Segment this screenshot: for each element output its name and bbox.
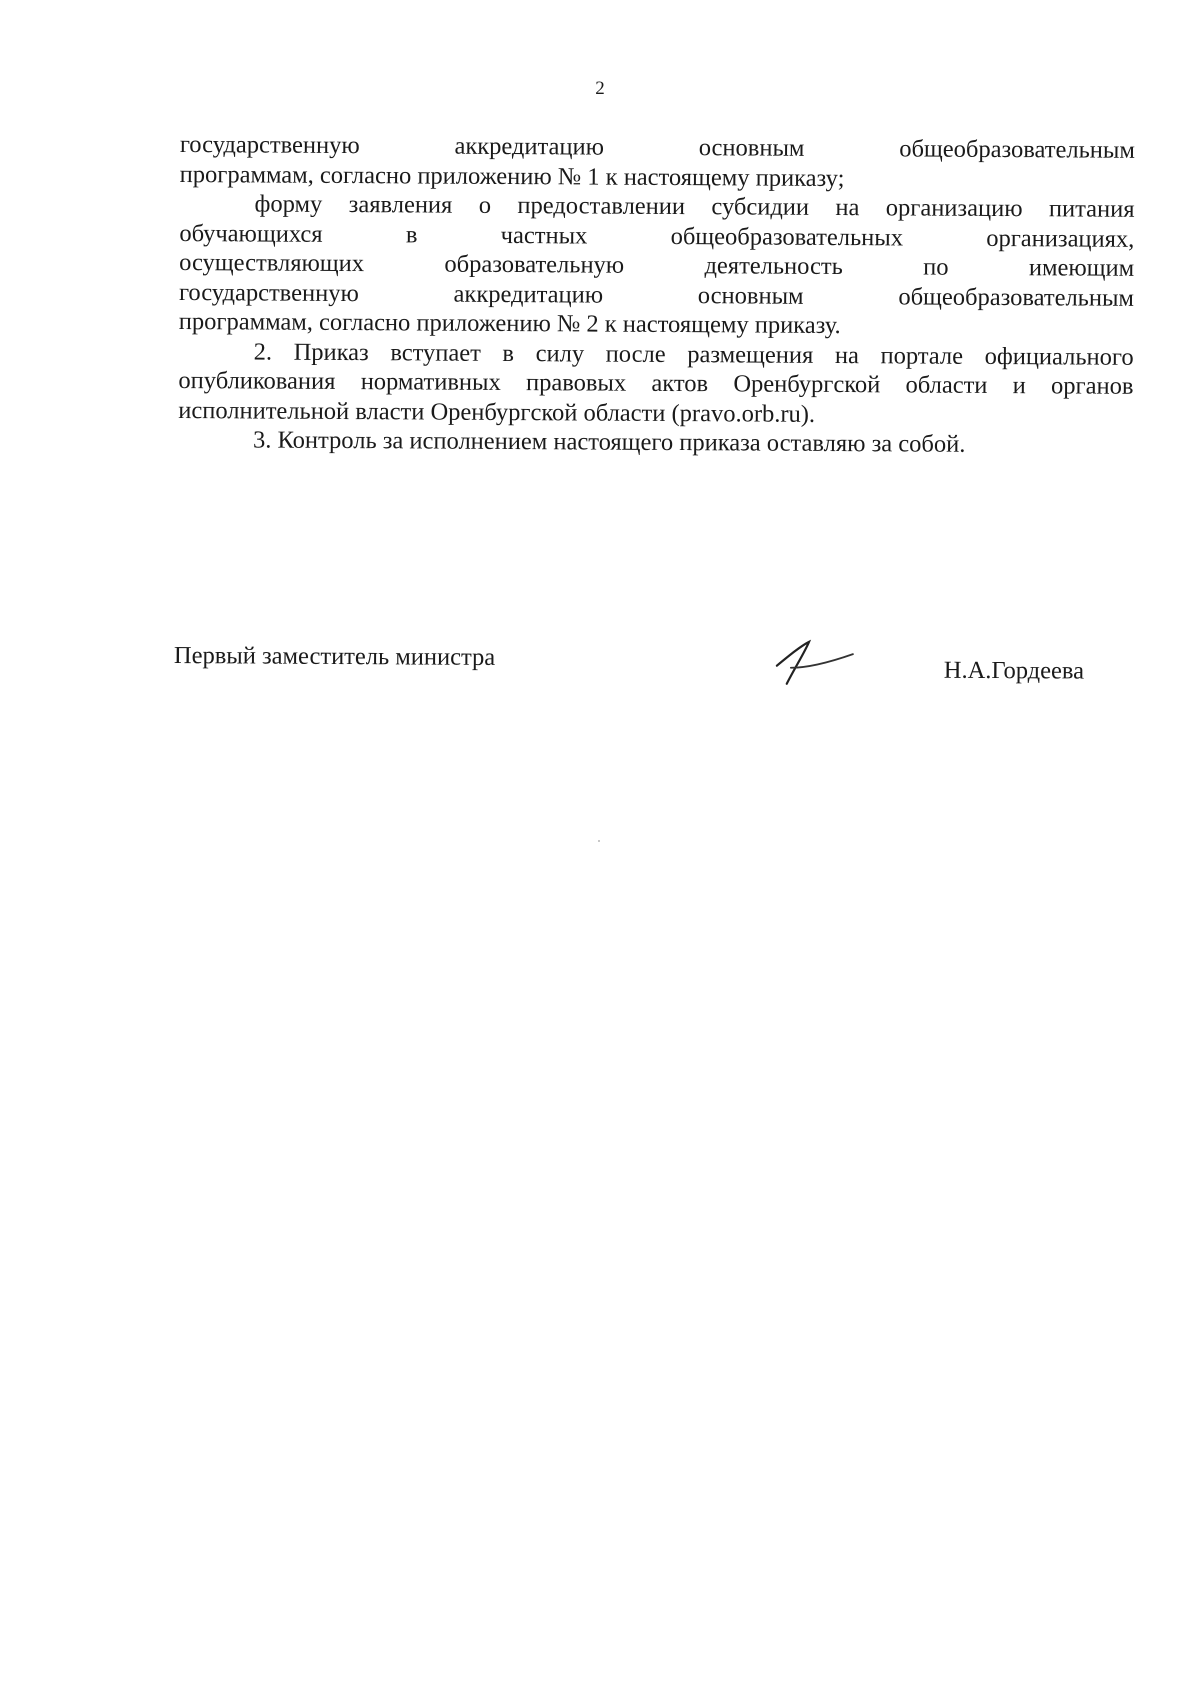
- signatory-title: Первый заместитель министра: [174, 642, 495, 672]
- scan-speck: [598, 840, 600, 842]
- document-body: государственную аккредитацию основным об…: [178, 130, 1135, 460]
- page-number: 2: [0, 78, 1200, 100]
- signature-block: Первый заместитель министра Н.А.Гордеева: [174, 642, 1114, 648]
- signatory-name: Н.А.Гордеева: [944, 657, 1084, 686]
- body-line: 3. Контроль за исполнением настоящего пр…: [178, 425, 1133, 460]
- signature-icon: [769, 638, 859, 689]
